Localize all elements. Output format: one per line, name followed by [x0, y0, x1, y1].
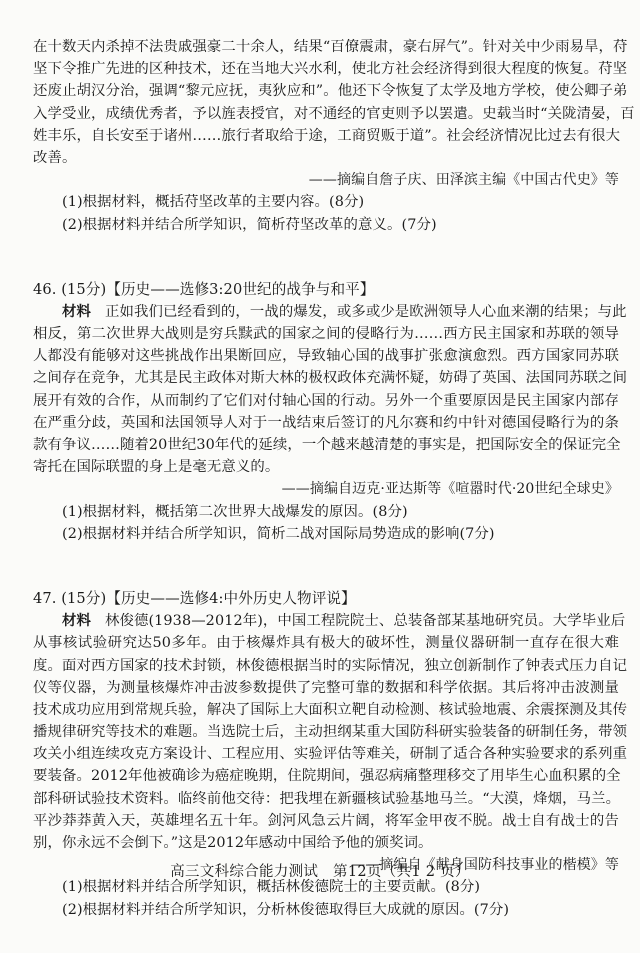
material-line: 从事核试验研究达50多年。由于核爆炸具有极大的破坏性，测量仪器研制一直存在很大难	[33, 632, 619, 654]
material-line: 部科研试验技术资料。临终前他交待：把我埋在新疆核试验基地马兰。“大漠，烽烟，马兰…	[33, 788, 619, 810]
material-line: 攻关小组连续攻克方案设计、工程应用、实验评估等难关，研制了适合各种实验要求的系列…	[33, 743, 619, 765]
material-source: ——摘编自詹子庆、田泽滨主编《中国古代史》等	[33, 169, 619, 191]
material-line: 款有争议……随着20世纪30年代的延续，一个越来越清楚的事实是，把国际安全的保证…	[33, 434, 619, 456]
material-line: 姓丰乐，自长安至于诸州……旅行者取给于途，工商贸贩于道”。社会经济情况比过去有很…	[33, 125, 619, 147]
spacer	[33, 236, 619, 279]
material-line: 相反，第二次世界大战则是穷兵黩武的国家之间的侵略行为……西方民主国家和苏联的领导	[33, 323, 619, 345]
sub-question-1: (1)根据材料，概括第二次世界大战爆发的原因。(8分)	[33, 501, 619, 523]
material-line: 改善。	[33, 147, 619, 169]
material-text: 正如我们已经看到的，一战的爆发，或多或少是欧洲领导人心血来潮的结果；与此	[105, 304, 627, 320]
material-line: 人都没有能够对这些挑战作出果断回应，导致轴心国的战事扩张愈演愈烈。西方国家同苏联	[33, 345, 619, 367]
material-line: 在严重分歧，英国和法国领导人对于一战结束后签订的凡尔赛和约中针对德国侵略行为的条	[33, 412, 619, 434]
question-heading: 47. (15分)【历史——选修4:中外历史人物评说】	[33, 588, 619, 610]
material-line: 仪等仪器，为测量核爆炸冲击波参数提供了完整可靠的数据和科学依据。其后将冲击波测量	[33, 677, 619, 699]
material-line: 入学受业，成绩优秀者，予以旌表授官，对不通经的官吏则予以罢遣。史载当时“关陇清晏…	[33, 103, 619, 125]
q45-questions: (1)根据材料，概括苻坚改革的主要内容。(8分) (2)根据材料并结合所学知识，…	[33, 191, 619, 235]
exam-page: 在十数天内杀掉不法贵戚强豪二十余人，结果“百僚震肃，豪右屏气”。针对关中少雨易旱…	[33, 36, 619, 921]
page-footer: 高三文科综合能力测试 第12页（共1 2 页）	[0, 860, 640, 881]
material-line: 材料林俊德(1938—2012年)，中国工程院院士、总装备部某基地研究员。大学毕…	[33, 610, 619, 632]
material-line: 坚下令推广先进的区种技术，还在当地大兴水利，使北方社会经济得到很大程度的恢复。苻…	[33, 58, 619, 80]
material-text: 林俊德(1938—2012年)，中国工程院院士、总装备部某基地研究员。大学毕业后	[105, 613, 625, 629]
material-line: 还废止胡汉分治，强调“黎元应抚，夷狄应和”。他还下令恢复了太学及地方学校，使公卿…	[33, 80, 619, 102]
material-label: 材料	[62, 612, 91, 629]
material-source: ——摘编自迈克·亚达斯等《喧嚣时代·20世纪全球史》	[33, 478, 619, 500]
question-46: 46. (15分)【历史——选修3:20世纪的战争与和平】 材料正如我们已经看到…	[33, 279, 619, 545]
material-line: 在十数天内杀掉不法贵戚强豪二十余人，结果“百僚震肃，豪右屏气”。针对关中少雨易旱…	[33, 36, 619, 58]
material-line: 度。面对西方国家的技术封锁，林俊德根据当时的实际情况，独立创新制作了钟表式压力自…	[33, 655, 619, 677]
material-line: 技术成功应用到常规兵验，解决了国际上大面积立靶自动检测、核试验地震、余震探测及其…	[33, 699, 619, 721]
sub-question-2: (2)根据材料并结合所学知识，简析二战对国际局势造成的影响(7分)	[33, 523, 619, 545]
spacer	[33, 545, 619, 588]
q45-material: 在十数天内杀掉不法贵戚强豪二十余人，结果“百僚震肃，豪右屏气”。针对关中少雨易旱…	[33, 36, 619, 191]
material-line: 平沙莽莽黄入天，英雄埋名五十年。剑河风急云片阔，将军金甲夜不脱。战士自有战士的告	[33, 810, 619, 832]
material-line: 展开有效的合作，从而制约了它们对付轴心国的行动。另外一个重要原因是民主国家内部存	[33, 390, 619, 412]
question-heading: 46. (15分)【历史——选修3:20世纪的战争与和平】	[33, 279, 619, 301]
material-label: 材料	[62, 303, 91, 320]
material-line: 别，你永远不会倒下。”这是2012年感动中国给予他的颁奖词。	[33, 832, 619, 854]
sub-question-2: (2)根据材料并结合所学知识，分析林俊德取得巨大成就的原因。(7分)	[33, 899, 619, 921]
material-line: 之间存在竞争，尤其是民主政体对斯大林的极权政体充满怀疑，妨碍了英国、法国同苏联之…	[33, 367, 619, 389]
material-line: 要装备。2012年他被确诊为癌症晚期，住院期间，强忍病痛整理移交了用毕生心血积累…	[33, 765, 619, 787]
sub-question-1: (1)根据材料，概括苻坚改革的主要内容。(8分)	[33, 191, 619, 213]
material-line: 播规律研究等技术的难题。当选院士后，主动担纲某重大国防科研实验装备的研制任务，带…	[33, 721, 619, 743]
sub-question-2: (2)根据材料并结合所学知识，简析苻坚改革的意义。(7分)	[33, 214, 619, 236]
material-line: 寄托在国际联盟的身上是毫无意义的。	[33, 456, 619, 478]
material-line: 材料正如我们已经看到的，一战的爆发，或多或少是欧洲领导人心血来潮的结果；与此	[33, 301, 619, 323]
